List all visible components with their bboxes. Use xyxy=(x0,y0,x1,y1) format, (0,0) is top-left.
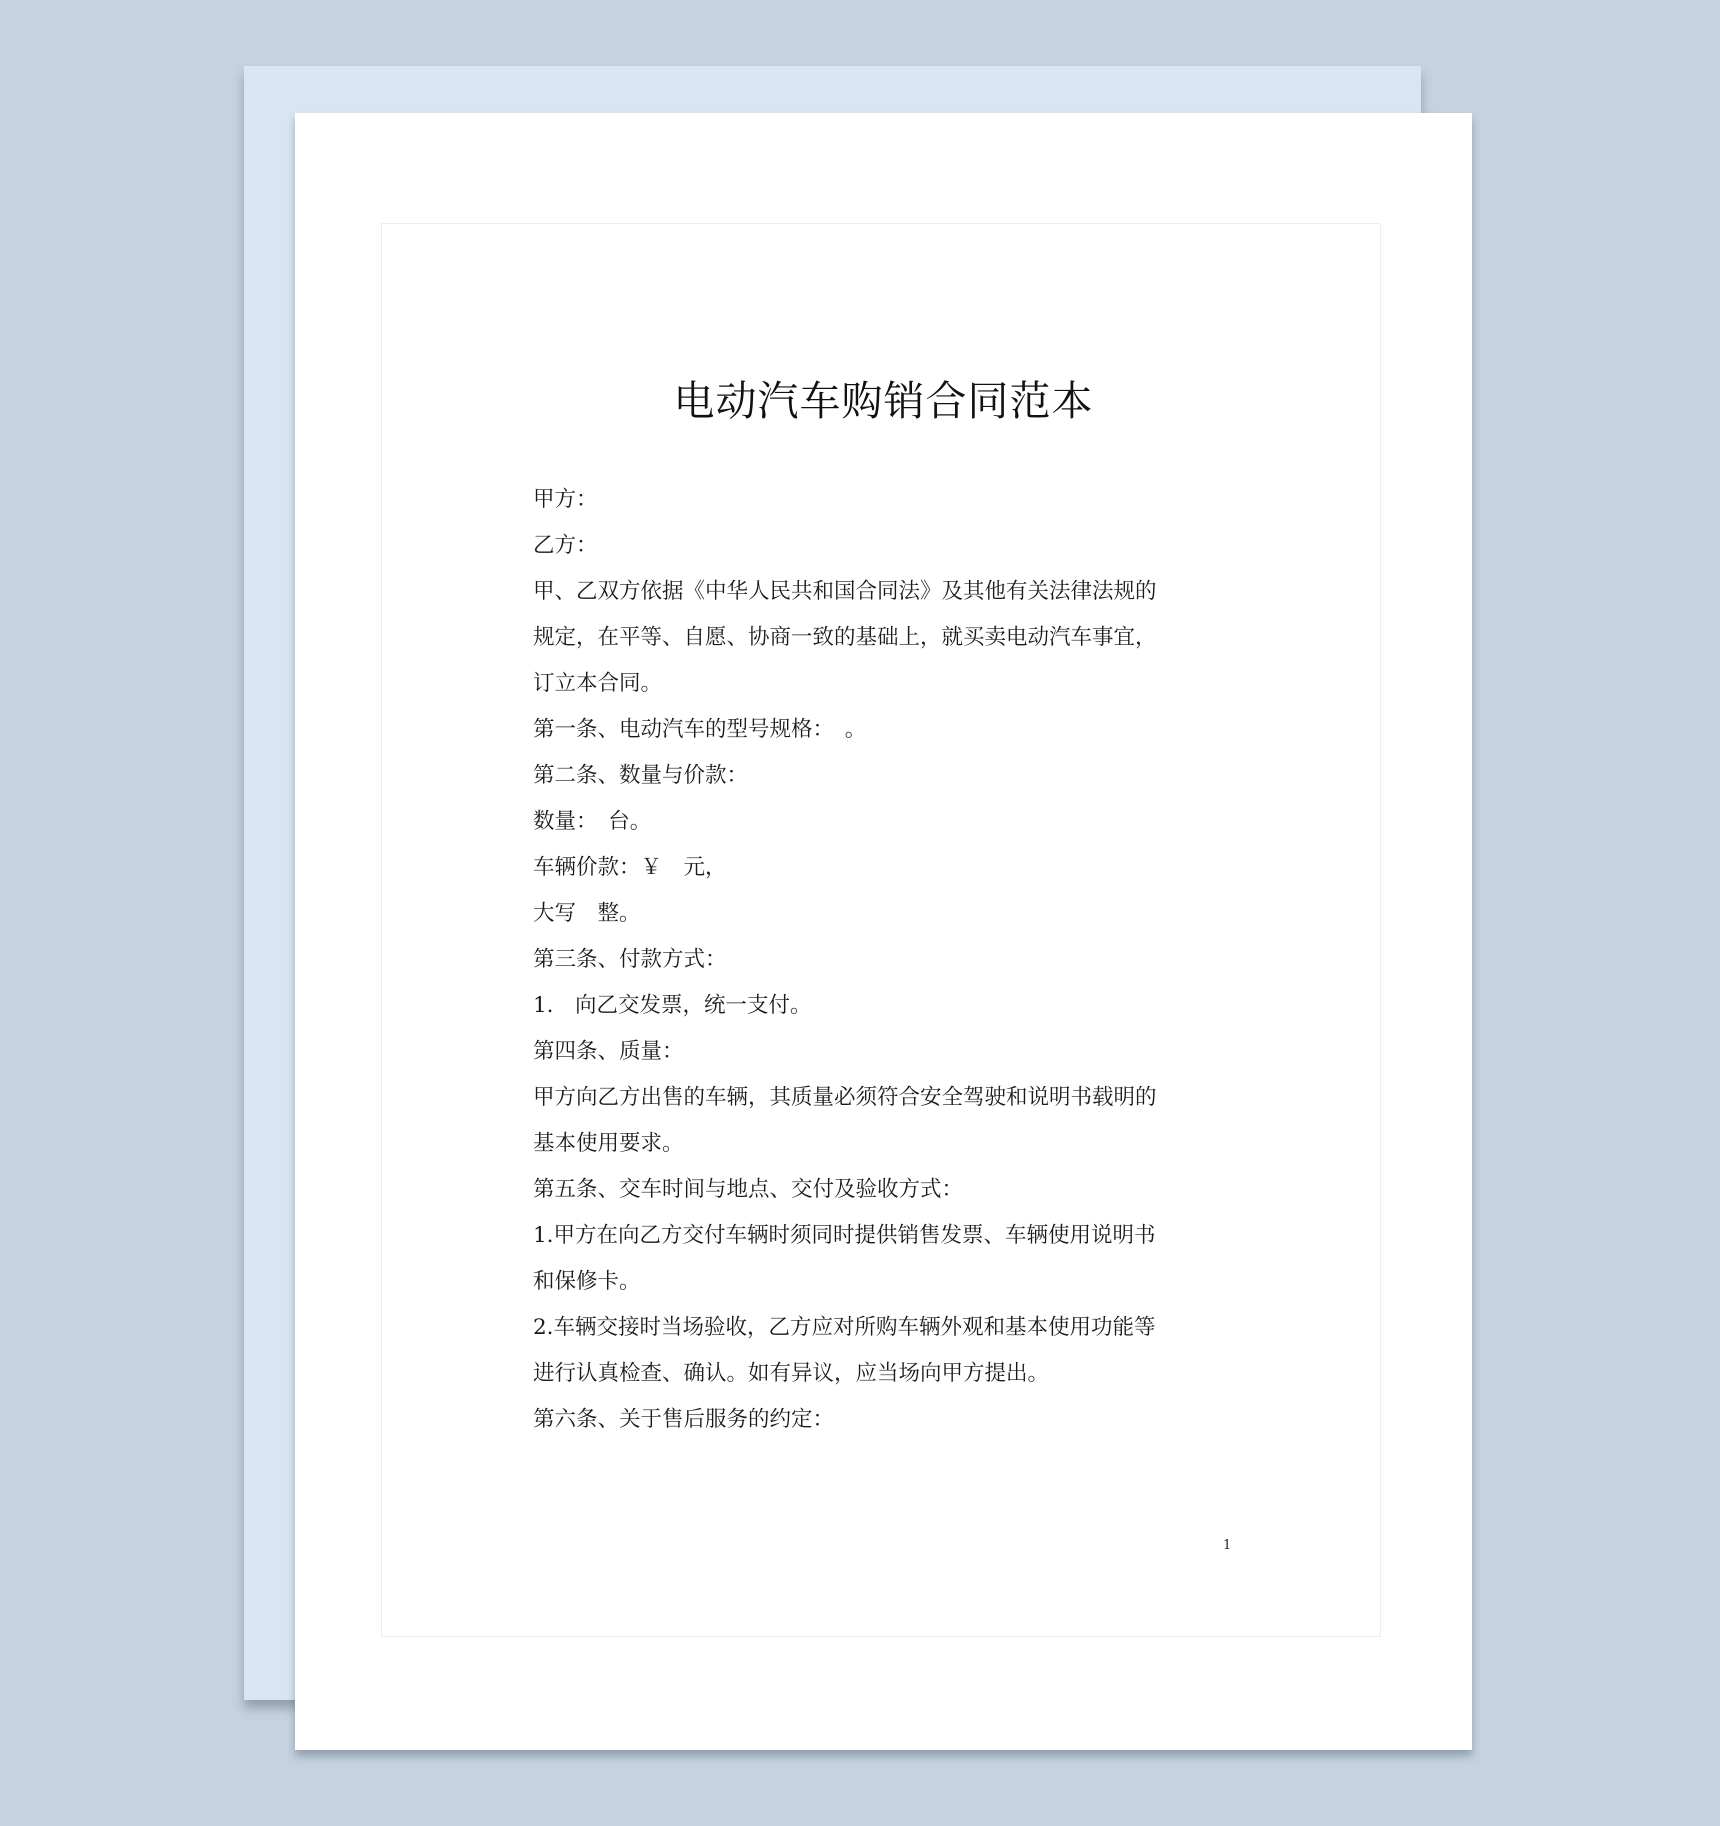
delivery-item-2-line-2: 进行认真检查、确认。如有异议，应当场向甲方提出。 xyxy=(533,1351,1223,1397)
article-6-heading: 第六条、关于售后服务的约定： xyxy=(533,1397,1223,1443)
quality-line-2: 基本使用要求。 xyxy=(533,1121,1223,1167)
quality-line-1: 甲方向乙方出售的车辆，其质量必须符合安全驾驶和说明书载明的 xyxy=(533,1075,1223,1121)
article-4-heading: 第四条、质量： xyxy=(533,1029,1223,1075)
preamble-line-2: 规定，在平等、自愿、协商一致的基础上，就买卖电动汽车事宜， xyxy=(533,615,1223,661)
page-number: 1 xyxy=(1223,1538,1231,1553)
article-2-heading: 第二条、数量与价款： xyxy=(533,753,1223,799)
document-title: 电动汽车购销合同范本 xyxy=(295,368,1472,427)
price-line: 车辆价款：￥ 元， xyxy=(533,845,1223,891)
article-5-heading: 第五条、交车时间与地点、交付及验收方式： xyxy=(533,1167,1223,1213)
document-body: 甲方： 乙方： 甲、乙双方依据《中华人民共和国合同法》及其他有关法律法规的 规定… xyxy=(533,477,1223,1443)
preamble-line-1: 甲、乙双方依据《中华人民共和国合同法》及其他有关法律法规的 xyxy=(533,569,1223,615)
delivery-item-2-line-1: 2.车辆交接时当场验收，乙方应对所购车辆外观和基本使用功能等 xyxy=(533,1305,1223,1351)
payment-item-1: 1. 向乙交发票，统一支付。 xyxy=(533,983,1223,1029)
preamble-line-3: 订立本合同。 xyxy=(533,661,1223,707)
party-a-line: 甲方： xyxy=(533,477,1223,523)
document-page: 电动汽车购销合同范本 甲方： 乙方： 甲、乙双方依据《中华人民共和国合同法》及其… xyxy=(295,113,1472,1750)
article-1-heading: 第一条、电动汽车的型号规格： 。 xyxy=(533,707,1223,753)
article-3-heading: 第三条、付款方式： xyxy=(533,937,1223,983)
delivery-item-1-line-1: 1.甲方在向乙方交付车辆时须同时提供销售发票、车辆使用说明书 xyxy=(533,1213,1223,1259)
delivery-item-1-line-2: 和保修卡。 xyxy=(533,1259,1223,1305)
quantity-line: 数量： 台。 xyxy=(533,799,1223,845)
party-b-line: 乙方： xyxy=(533,523,1223,569)
price-capital-line: 大写 整。 xyxy=(533,891,1223,937)
